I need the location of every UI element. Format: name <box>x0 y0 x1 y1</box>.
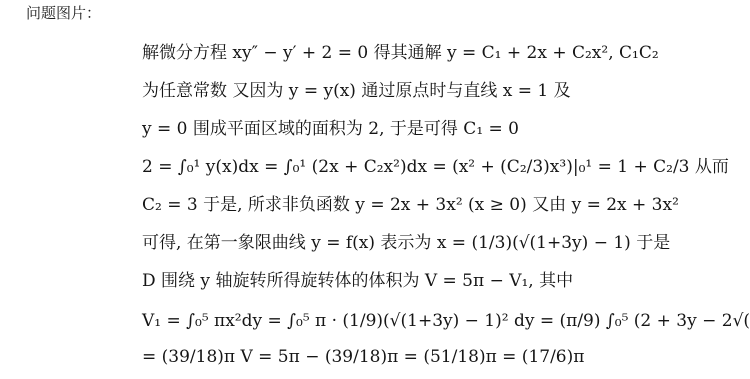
solution-line-8: V₁ = ∫₀⁵ πx²dy = ∫₀⁵ π · (1/9)(√(1+3y) −… <box>142 310 750 332</box>
solution-line-6: 可得, 在第一象限曲线 y = f(x) 表示为 x = (1/3)(√(1+3… <box>142 232 670 254</box>
solution-image: 解微分方程 xy″ − y′ + 2 = 0 得其通解 y = C₁ + 2x … <box>142 0 750 379</box>
solution-line-3: y = 0 围成平面区域的面积为 2, 于是可得 C₁ = 0 <box>142 118 519 140</box>
solution-line-4: 2 = ∫₀¹ y(x)dx = ∫₀¹ (2x + C₂x²)dx = (x²… <box>142 156 729 178</box>
solution-line-2: 为任意常数 又因为 y = y(x) 通过原点时与直线 x = 1 及 <box>142 80 571 102</box>
question-image-label: 问题图片： <box>26 2 101 23</box>
solution-line-1: 解微分方程 xy″ − y′ + 2 = 0 得其通解 y = C₁ + 2x … <box>142 42 659 64</box>
solution-line-9: = (39/18)π V = 5π − (39/18)π = (51/18)π … <box>142 346 584 368</box>
solution-line-7: D 围绕 y 轴旋转所得旋转体的体积为 V = 5π − V₁, 其中 <box>142 270 573 292</box>
solution-line-5: C₂ = 3 于是, 所求非负函数 y = 2x + 3x² (x ≥ 0) 又… <box>142 194 679 216</box>
